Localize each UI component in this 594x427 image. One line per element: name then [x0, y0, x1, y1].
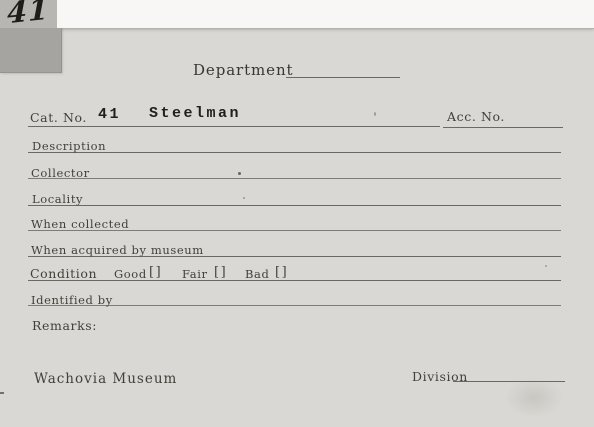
stain-mark — [505, 378, 563, 418]
field-label-when-acquired: When acquired by museum — [31, 243, 204, 257]
gray-corner-tab-lower — [0, 28, 62, 73]
bad-checkbox[interactable]: [] — [275, 265, 288, 280]
ink-speck — [545, 265, 547, 267]
identified-by-line — [28, 305, 561, 306]
field-line-description — [28, 152, 561, 153]
catalog-card-scan: 41 Department Cat. No. 41 Steelman Acc. … — [0, 0, 594, 427]
ink-speck — [374, 112, 376, 116]
field-label-when-collected: When collected — [31, 217, 129, 231]
cat-no-value: 41 — [98, 106, 121, 123]
museum-name: Wachovia Museum — [34, 371, 177, 387]
condition-option-fair-label: Fair — [182, 267, 208, 281]
remarks-label: Remarks: — [32, 318, 97, 333]
condition-label: Condition — [30, 266, 97, 281]
handwritten-card-number: 41 — [7, 0, 49, 30]
acc-no-label: Acc. No. — [447, 109, 505, 124]
field-line-when-acquired — [28, 256, 561, 257]
cat-no-label: Cat. No. — [30, 110, 87, 125]
edge-mark — [0, 392, 4, 394]
field-line-when-collected — [28, 230, 561, 231]
acc-no-line — [443, 127, 563, 128]
scan-background-strip — [0, 0, 594, 29]
condition-option-bad-label: Bad — [245, 267, 269, 281]
department-label: Department — [193, 61, 293, 79]
specimen-name: Steelman — [149, 105, 241, 122]
field-label-description: Description — [32, 139, 106, 153]
fair-checkbox[interactable]: [] — [214, 265, 227, 280]
field-line-collector — [28, 178, 561, 179]
field-label-locality: Locality — [32, 192, 83, 206]
cat-no-line — [28, 126, 440, 127]
gray-corner-tab-upper: 41 — [0, 0, 57, 28]
condition-option-good-label: Good — [114, 267, 147, 281]
ink-speck — [243, 197, 245, 199]
department-blank-line — [286, 77, 400, 78]
condition-line — [28, 280, 561, 281]
ink-speck — [238, 172, 241, 175]
good-checkbox[interactable]: [] — [149, 265, 162, 280]
field-line-locality — [28, 205, 561, 206]
